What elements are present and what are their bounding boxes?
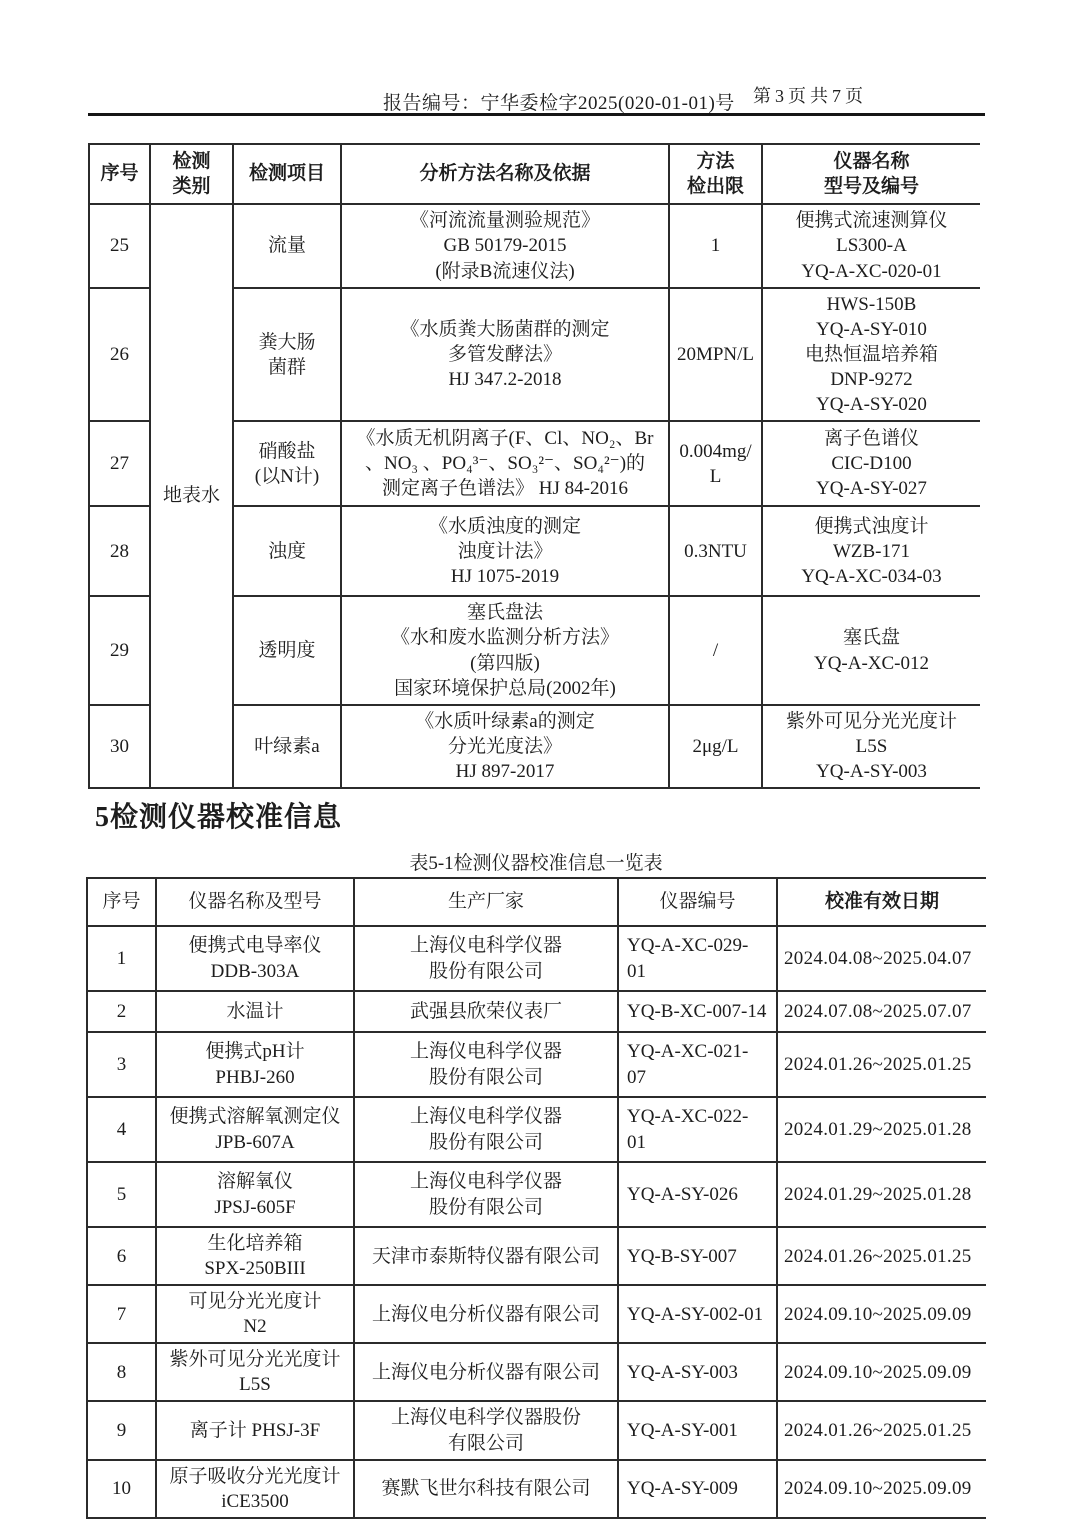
cell-method: 《水质无机阴离子(F、Cl、NO₂、Br 、NO₃ 、PO₄³⁻、SO₃²⁻、S… (341, 421, 669, 506)
cell-limit: 2μg/L (669, 705, 762, 788)
cell-maker: 上海仪电分析仪器有限公司 (354, 1285, 618, 1343)
cell-code: YQ-A-SY-002-01 (618, 1285, 777, 1343)
col-header-name: 仪器名称及型号 (156, 878, 354, 926)
cell-name: 便携式pH计 PHBJ-260 (156, 1032, 354, 1097)
col-header-seq: 序号 (87, 878, 156, 926)
cell-method: 《水质叶绿素a的测定 分光光度法》 HJ 897-2017 (341, 705, 669, 788)
cell-date: 2024.01.26~2025.01.25 (777, 1401, 986, 1459)
cell-category: 地表水 (150, 204, 233, 788)
cell-maker: 上海仪电科学仪器 股份有限公司 (354, 1097, 618, 1162)
table-row: 5 溶解氧仪 JPSJ-605F 上海仪电科学仪器 股份有限公司 YQ-A-SY… (87, 1162, 986, 1227)
col-header-instrument: 仪器名称 型号及编号 (762, 144, 980, 204)
report-number: 报告编号：宁华委检字2025(020-01-01)号 (383, 88, 735, 115)
cell-method: 塞氏盘法 《水和废水监测分析方法》 (第四版) 国家环境保护总局(2002年) (341, 596, 669, 704)
cell-seq: 30 (89, 705, 150, 788)
cell-seq: 28 (89, 506, 150, 596)
cell-name: 便携式溶解氧测定仪 JPB-607A (156, 1097, 354, 1162)
table-header-row: 序号 检测 类别 检测项目 分析方法名称及依据 方法 检出限 仪器名称 型号及编… (89, 144, 980, 204)
cell-instrument: 离子色谱仪 CIC-D100 YQ-A-SY-027 (762, 421, 980, 506)
cell-date: 2024.01.29~2025.01.28 (777, 1097, 986, 1162)
cell-maker: 武强县欣荣仪表厂 (354, 991, 618, 1032)
cell-seq: 6 (87, 1227, 156, 1285)
col-header-category: 检测 类别 (150, 144, 233, 204)
cell-code: YQ-A-SY-026 (618, 1162, 777, 1227)
cell-limit: / (669, 596, 762, 704)
cell-name: 紫外可见分光光度计 L5S (156, 1343, 354, 1401)
col-header-item: 检测项目 (233, 144, 341, 204)
cell-item: 流量 (233, 204, 341, 288)
cell-seq: 27 (89, 421, 150, 506)
page-indicator: 第3页共7页 (753, 82, 867, 108)
table-row: 9 离子计 PHSJ-3F 上海仪电科学仪器股份 有限公司 YQ-A-SY-00… (87, 1401, 986, 1459)
cell-date: 2024.09.10~2025.09.09 (777, 1460, 986, 1518)
cell-name: 水温计 (156, 991, 354, 1032)
cell-maker: 赛默飞世尔科技有限公司 (354, 1460, 618, 1518)
cell-name: 离子计 PHSJ-3F (156, 1401, 354, 1459)
table-row: 2 水温计 武强县欣荣仪表厂 YQ-B-XC-007-14 2024.07.08… (87, 991, 986, 1032)
cell-date: 2024.09.10~2025.09.09 (777, 1343, 986, 1401)
cell-seq: 8 (87, 1343, 156, 1401)
cell-item: 叶绿素a (233, 705, 341, 788)
cell-instrument: 便携式浊度计 WZB-171 YQ-A-XC-034-03 (762, 506, 980, 596)
cell-seq: 3 (87, 1032, 156, 1097)
cell-item: 浊度 (233, 506, 341, 596)
cell-date: 2024.01.26~2025.01.25 (777, 1032, 986, 1097)
cell-method: 《水质粪大肠菌群的测定 多管发酵法》 HJ 347.2-2018 (341, 288, 669, 421)
cell-item: 硝酸盐 (以N计) (233, 421, 341, 506)
col-header-maker: 生产厂家 (354, 878, 618, 926)
cell-maker: 上海仪电分析仪器有限公司 (354, 1343, 618, 1401)
cell-limit: 0.004mg/L (669, 421, 762, 506)
cell-name: 便携式电导率仪 DDB-303A (156, 926, 354, 991)
table-row: 3 便携式pH计 PHBJ-260 上海仪电科学仪器 股份有限公司 YQ-A-X… (87, 1032, 986, 1097)
cell-name: 溶解氧仪 JPSJ-605F (156, 1162, 354, 1227)
cell-code: YQ-A-SY-003 (618, 1343, 777, 1401)
header-rule (88, 113, 985, 116)
cell-instrument: 便携式流速测算仪 LS300-A YQ-A-XC-020-01 (762, 204, 980, 288)
table-row: 1 便携式电导率仪 DDB-303A 上海仪电科学仪器 股份有限公司 YQ-A-… (87, 926, 986, 991)
cell-instrument: 塞氏盘 YQ-A-XC-012 (762, 596, 980, 704)
cell-seq: 1 (87, 926, 156, 991)
cell-maker: 上海仪电科学仪器 股份有限公司 (354, 1032, 618, 1097)
cell-seq: 26 (89, 288, 150, 421)
cell-seq: 10 (87, 1460, 156, 1518)
cell-code: YQ-B-SY-007 (618, 1227, 777, 1285)
detection-methods-table: 序号 检测 类别 检测项目 分析方法名称及依据 方法 检出限 仪器名称 型号及编… (88, 143, 980, 789)
cell-instrument: HWS-150B YQ-A-SY-010 电热恒温培养箱 DNP-9272 YQ… (762, 288, 980, 421)
cell-maker: 上海仪电科学仪器 股份有限公司 (354, 1162, 618, 1227)
cell-item: 透明度 (233, 596, 341, 704)
cell-date: 2024.09.10~2025.09.09 (777, 1285, 986, 1343)
table-row: 6 生化培养箱 SPX-250BIII 天津市泰斯特仪器有限公司 YQ-B-SY… (87, 1227, 986, 1285)
table-row: 8 紫外可见分光光度计 L5S 上海仪电分析仪器有限公司 YQ-A-SY-003… (87, 1343, 986, 1401)
cell-method: 《河流流量测验规范》 GB 50179-2015 (附录B流速仪法) (341, 204, 669, 288)
cell-maker: 上海仪电科学仪器 股份有限公司 (354, 926, 618, 991)
report-page: 报告编号：宁华委检字2025(020-01-01)号 第3页共7页 序号 检测 … (0, 0, 1075, 1521)
col-header-seq: 序号 (89, 144, 150, 204)
table-caption: 表5-1检测仪器校准信息一览表 (0, 848, 1072, 875)
cell-seq: 4 (87, 1097, 156, 1162)
cell-date: 2024.01.26~2025.01.25 (777, 1227, 986, 1285)
cell-date: 2024.01.29~2025.01.28 (777, 1162, 986, 1227)
cell-limit: 0.3NTU (669, 506, 762, 596)
cell-date: 2024.07.08~2025.07.07 (777, 991, 986, 1032)
cell-seq: 5 (87, 1162, 156, 1227)
cell-seq: 29 (89, 596, 150, 704)
table-row: 10 原子吸收分光光度计 iCE3500 赛默飞世尔科技有限公司 YQ-A-SY… (87, 1460, 986, 1518)
col-header-date: 校准有效日期 (777, 878, 986, 926)
cell-code: YQ-A-XC-021- 07 (618, 1032, 777, 1097)
cell-instrument: 紫外可见分光光度计 L5S YQ-A-SY-003 (762, 705, 980, 788)
cell-seq: 9 (87, 1401, 156, 1459)
table-row: 7 可见分光光度计 N2 上海仪电分析仪器有限公司 YQ-A-SY-002-01… (87, 1285, 986, 1343)
cell-seq: 2 (87, 991, 156, 1032)
table-row: 4 便携式溶解氧测定仪 JPB-607A 上海仪电科学仪器 股份有限公司 YQ-… (87, 1097, 986, 1162)
cell-name: 原子吸收分光光度计 iCE3500 (156, 1460, 354, 1518)
cell-maker: 天津市泰斯特仪器有限公司 (354, 1227, 618, 1285)
cell-code: YQ-A-XC-022- 01 (618, 1097, 777, 1162)
col-header-method: 分析方法名称及依据 (341, 144, 669, 204)
cell-item: 粪大肠 菌群 (233, 288, 341, 421)
table-header-row: 序号 仪器名称及型号 生产厂家 仪器编号 校准有效日期 (87, 878, 986, 926)
cell-name: 生化培养箱 SPX-250BIII (156, 1227, 354, 1285)
cell-seq: 25 (89, 204, 150, 288)
cell-name: 可见分光光度计 N2 (156, 1285, 354, 1343)
table-row: 25 地表水 流量 《河流流量测验规范》 GB 50179-2015 (附录B流… (89, 204, 980, 288)
col-header-limit: 方法 检出限 (669, 144, 762, 204)
cell-code: YQ-A-SY-009 (618, 1460, 777, 1518)
cell-code: YQ-A-SY-001 (618, 1401, 777, 1459)
cell-code: YQ-A-XC-029- 01 (618, 926, 777, 991)
col-header-code: 仪器编号 (618, 878, 777, 926)
section-heading: 5检测仪器校准信息 (95, 795, 342, 835)
cell-method: 《水质浊度的测定 浊度计法》 HJ 1075-2019 (341, 506, 669, 596)
cell-limit: 1 (669, 204, 762, 288)
cell-limit: 20MPN/L (669, 288, 762, 421)
cell-maker: 上海仪电科学仪器股份 有限公司 (354, 1401, 618, 1459)
cell-date: 2024.04.08~2025.04.07 (777, 926, 986, 991)
cell-code: YQ-B-XC-007-14 (618, 991, 777, 1032)
cell-seq: 7 (87, 1285, 156, 1343)
calibration-info-table: 序号 仪器名称及型号 生产厂家 仪器编号 校准有效日期 1 便携式电导率仪 DD… (86, 877, 986, 1519)
